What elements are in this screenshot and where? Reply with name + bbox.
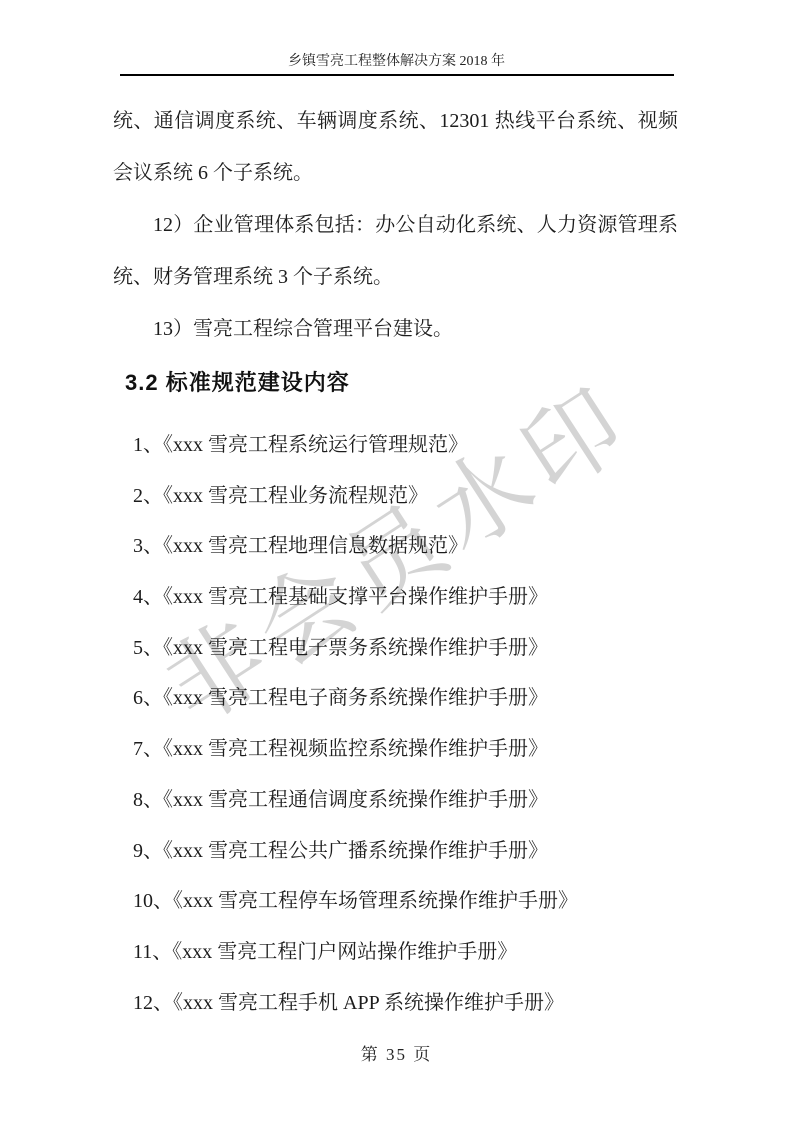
section-heading: 3.2 标准规范建设内容 bbox=[125, 366, 350, 397]
list-item: 8、《xxx 雪亮工程通信调度系统操作维护手册》 bbox=[133, 775, 693, 826]
list-item: 6、《xxx 雪亮工程电子商务系统操作维护手册》 bbox=[133, 673, 693, 724]
header-rule bbox=[120, 74, 674, 76]
list-item: 9、《xxx 雪亮工程公共广播系统操作维护手册》 bbox=[133, 826, 693, 877]
page-footer: 第 35 页 bbox=[0, 1040, 793, 1065]
list-item: 1、《xxx 雪亮工程系统运行管理规范》 bbox=[133, 420, 693, 471]
list-item: 3、《xxx 雪亮工程地理信息数据规范》 bbox=[133, 521, 693, 572]
paragraph-line: 13）雪亮工程综合管理平台建设。 bbox=[113, 303, 678, 355]
list-item: 5、《xxx 雪亮工程电子票务系统操作维护手册》 bbox=[133, 623, 693, 674]
list-item: 4、《xxx 雪亮工程基础支撑平台操作维护手册》 bbox=[133, 572, 693, 623]
list-item: 2、《xxx 雪亮工程业务流程规范》 bbox=[133, 471, 693, 522]
document-body: 统、通信调度系统、车辆调度系统、12301 热线平台系统、视频 会议系统 6 个… bbox=[113, 95, 678, 355]
document-page: 非会员水印 乡镇雪亮工程整体解决方案 2018 年 统、通信调度系统、车辆调度系… bbox=[0, 0, 793, 1122]
paragraph-line: 12）企业管理体系包括：办公自动化系统、人力资源管理系 bbox=[113, 199, 678, 251]
list-item: 10、《xxx 雪亮工程停车场管理系统操作维护手册》 bbox=[133, 876, 693, 927]
standards-list: 1、《xxx 雪亮工程系统运行管理规范》2、《xxx 雪亮工程业务流程规范》3、… bbox=[133, 420, 693, 1028]
paragraph-line: 会议系统 6 个子系统。 bbox=[113, 147, 678, 199]
page-number: 第 35 页 bbox=[361, 1045, 433, 1064]
paragraph-line: 统、财务管理系统 3 个子系统。 bbox=[113, 251, 678, 303]
list-item: 7、《xxx 雪亮工程视频监控系统操作维护手册》 bbox=[133, 724, 693, 775]
header-title: 乡镇雪亮工程整体解决方案 2018 年 bbox=[0, 50, 793, 70]
paragraph-line: 统、通信调度系统、车辆调度系统、12301 热线平台系统、视频 bbox=[113, 95, 678, 147]
list-item: 12、《xxx 雪亮工程手机 APP 系统操作维护手册》 bbox=[133, 978, 693, 1029]
list-item: 11、《xxx 雪亮工程门户网站操作维护手册》 bbox=[133, 927, 693, 978]
